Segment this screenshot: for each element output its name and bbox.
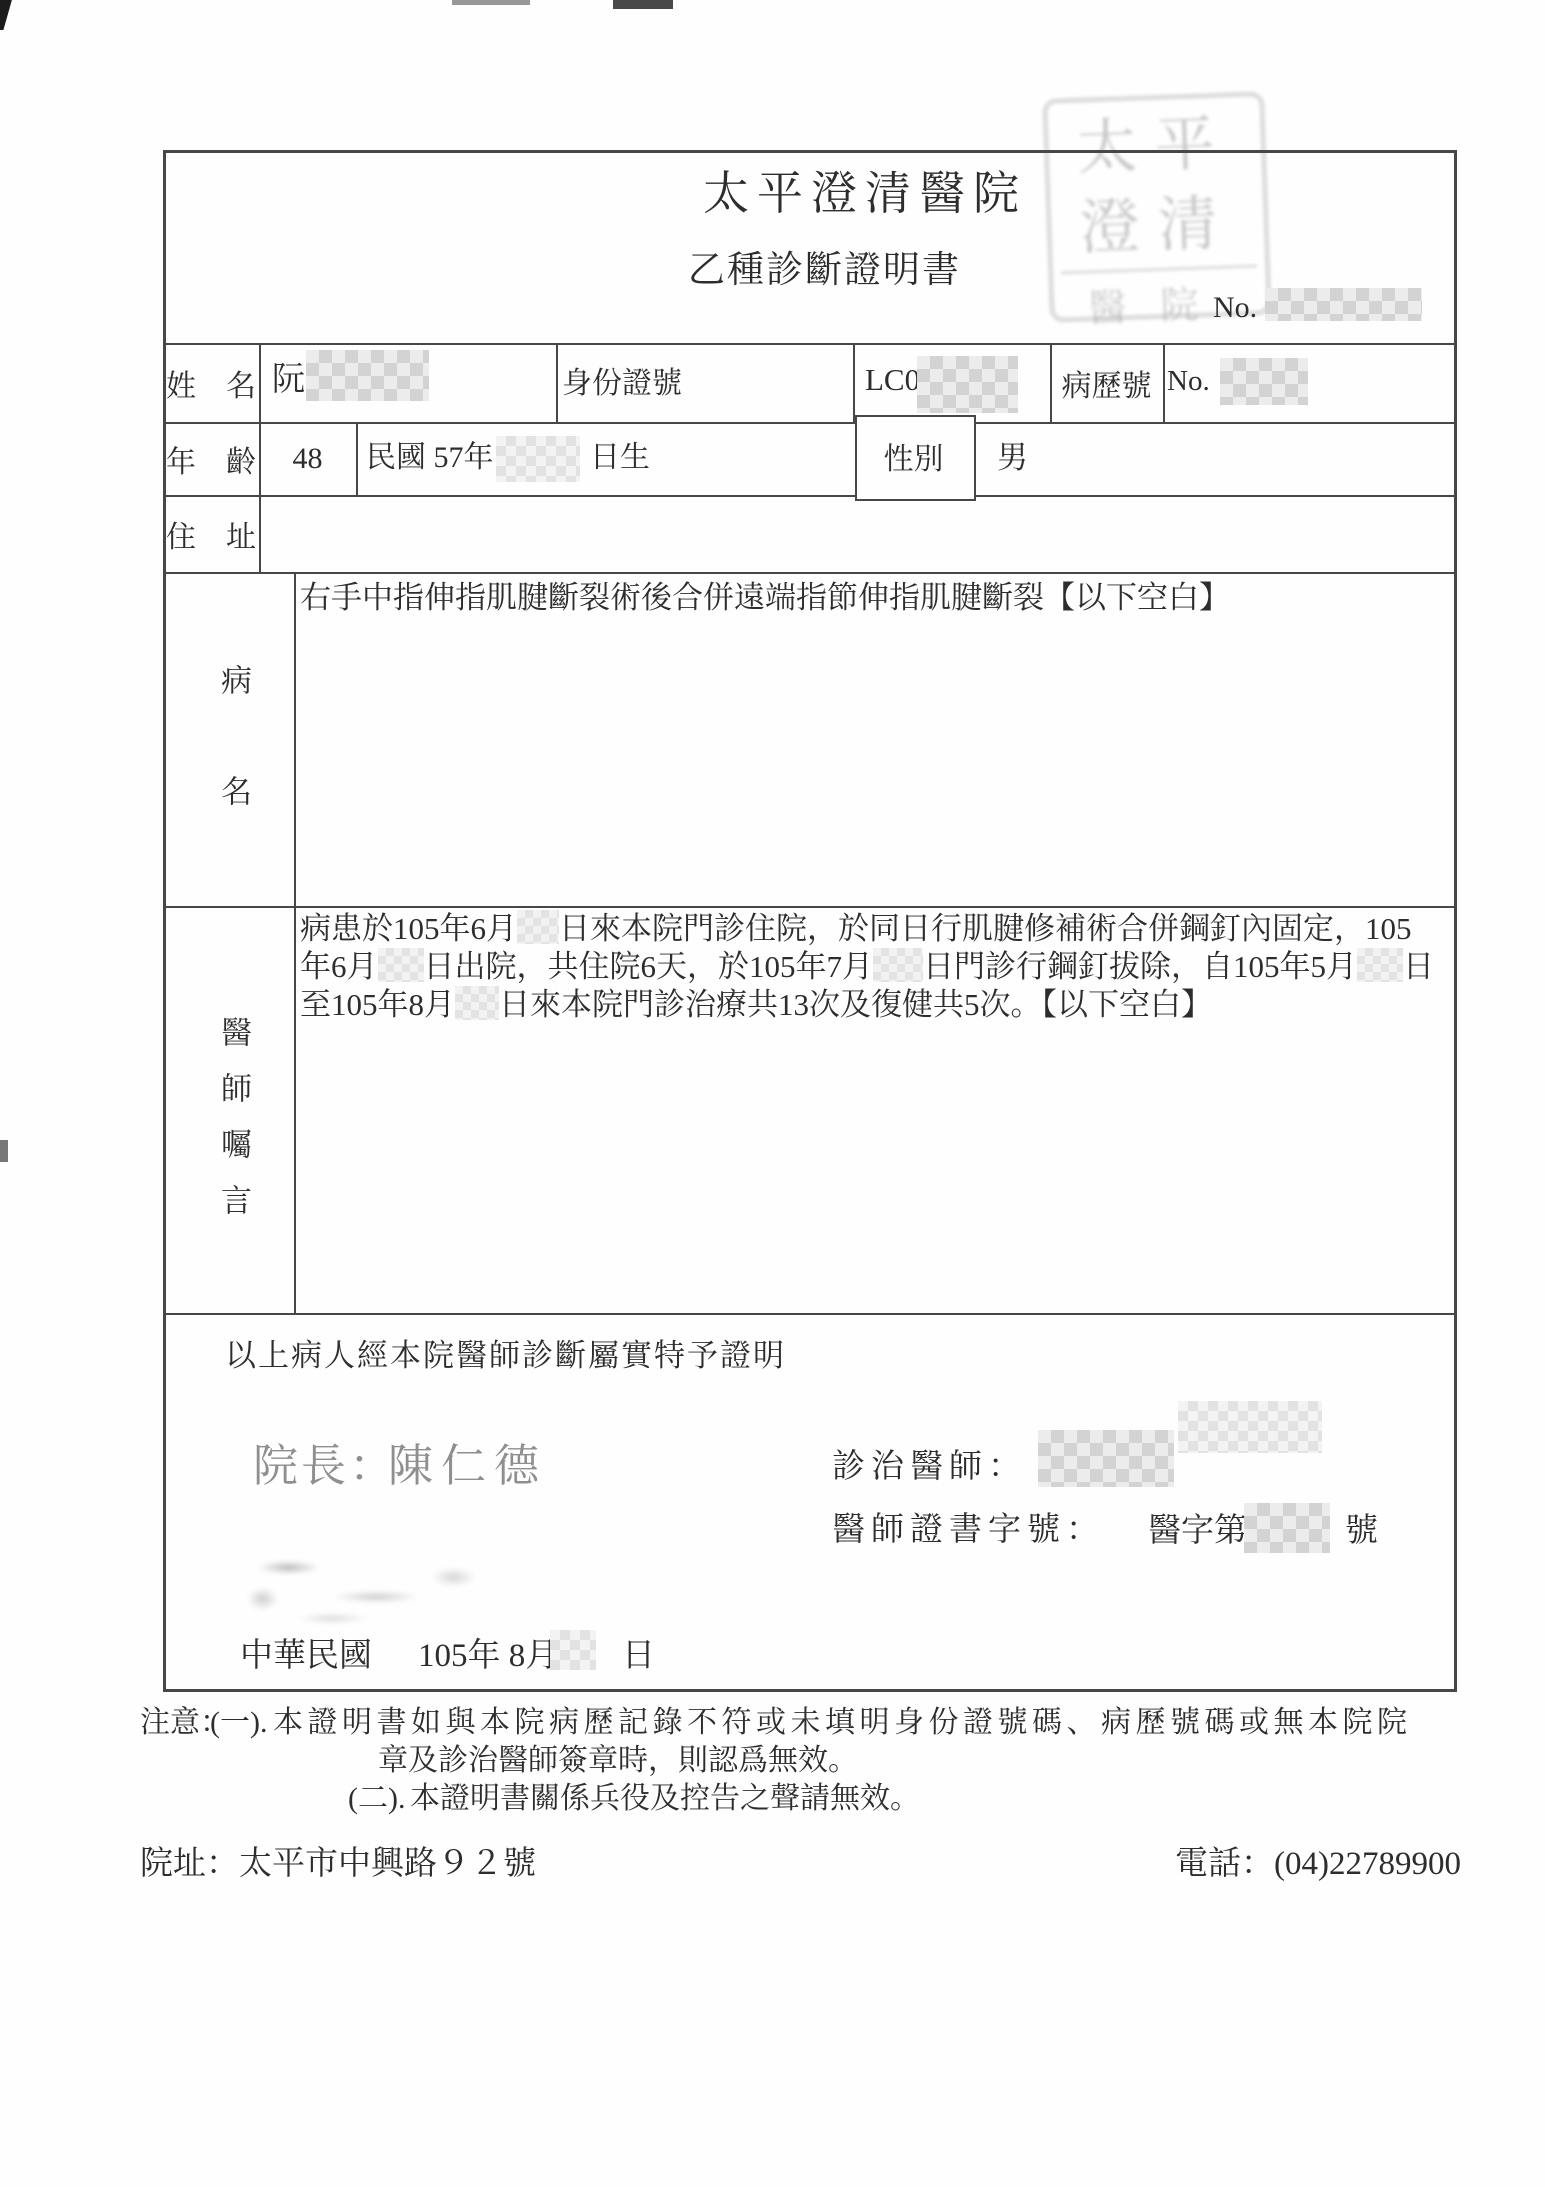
cell-divider: [259, 343, 261, 422]
physician-name-redacted: [1038, 1430, 1174, 1487]
gender-label: 性別: [855, 415, 972, 497]
diagnosis-label: 病名: [211, 664, 256, 886]
scan-artifact-streak: [452, 0, 530, 5]
age-value: 48: [259, 422, 356, 495]
hospital-phone: 電話：(04)22789900: [1175, 1846, 1461, 1884]
table-border-right: [1454, 150, 1457, 1692]
director-signature-stamp: [242, 1540, 500, 1638]
serial-no-redacted: [1265, 288, 1422, 321]
scan-artifact-edge: [0, 1140, 8, 1162]
age-label: 年 齡: [163, 422, 259, 495]
name-redacted: [306, 350, 429, 401]
remarks-line-3: 至105年8月日來本院門診治療共13次及復健共5次。【以下空白】: [300, 986, 1212, 1023]
record-number-label: 病歷號: [1050, 343, 1163, 422]
id-number-value: LC0: [865, 362, 920, 398]
birthdate-redacted: [496, 436, 580, 482]
remarks-text: 至105年8月: [300, 987, 455, 1022]
row-divider: [163, 572, 1457, 574]
cell-divider: [294, 906, 296, 1313]
name-value: 阮: [272, 362, 305, 400]
scan-artifact-corner: [0, 0, 17, 30]
license-label: 醫師證書字號：: [832, 1512, 1105, 1550]
table-border-bottom: [163, 1689, 1457, 1692]
physician-label: 診治醫師：: [832, 1449, 1027, 1487]
remarks-text: 日出院，共住院6天，於105年7月: [424, 949, 874, 984]
cell-divider: [556, 343, 558, 422]
note2-number: (二).: [348, 1782, 405, 1817]
cell-divider: [853, 343, 855, 422]
record-number-redacted: [1220, 358, 1308, 405]
redacted-date: [455, 986, 499, 1020]
scan-artifact-streak2: [613, 0, 673, 9]
license-suffix: 號: [1345, 1513, 1378, 1551]
address-label: 住 址: [163, 495, 259, 572]
birthdate-suffix: 日生: [590, 441, 650, 476]
id-number-label: 身份證號: [562, 367, 682, 402]
note1-line1: 本證明書如與本院病歷記錄不符或未填明身份證號碼、病歷號碼或無本院院: [273, 1706, 1412, 1741]
physician-name-redacted-2: [1178, 1401, 1322, 1453]
redacted-date: [517, 910, 559, 944]
cell-divider: [1163, 343, 1165, 422]
hospital-address: 院址：太平市中興路９２號: [140, 1846, 536, 1884]
remarks-line-1: 病患於105年6月日來本院門診住院，於同日行肌腱修補術合併鋼釘內固定，105: [300, 910, 1412, 947]
remarks-text: 日來本院門診治療共13次及復健共5次。【以下空白】: [499, 987, 1212, 1022]
director-label: 院長：: [253, 1441, 397, 1493]
cell-divider: [356, 422, 358, 495]
remarks-text: 病患於105年6月: [300, 911, 517, 946]
hospital-seal-text: 太平澄清: [1069, 103, 1244, 269]
redacted-date: [873, 948, 923, 982]
certification-statement: 以上病人經本院醫師診斷屬實特予證明: [225, 1338, 786, 1374]
row-divider: [163, 906, 1457, 908]
note2-text: 本證明書關係兵役及控告之聲請無效。: [410, 1782, 920, 1817]
birthdate-prefix: 民國 57年: [366, 441, 494, 476]
row-divider: [163, 343, 1457, 345]
note1-number: (一).: [210, 1706, 267, 1741]
record-number-prefix: No.: [1167, 365, 1210, 398]
name-label: 姓 名: [163, 343, 259, 422]
remarks-text: 日門診行鋼釘拔除，自105年5月: [923, 949, 1357, 984]
id-number-redacted: [917, 356, 1018, 413]
hospital-name: 太平澄清醫院: [703, 168, 1027, 221]
redacted-date: [378, 948, 424, 982]
serial-no-label: No.: [1213, 291, 1257, 326]
remarks-text: 年6月: [300, 949, 378, 984]
row-divider: [163, 495, 1457, 497]
scanned-certificate-page: 太平澄清 醫院 太平澄清醫院 乙種診斷證明書 No. 姓 名 阮 身份證號 LC…: [0, 0, 1545, 2187]
hospital-seal-stamp: 太平澄清 醫院: [1042, 91, 1272, 323]
redacted-date: [1357, 948, 1403, 982]
row-divider: [163, 1313, 1457, 1315]
remarks-line-2: 年6月日出院，共住院6天，於105年7月日門診行鋼釘拔除，自105年5月日: [300, 948, 1434, 985]
certificate-title: 乙種診斷證明書: [688, 250, 961, 293]
remarks-text: 日來本院門診住院，於同日行肌腱修補術合併鋼釘內固定，105: [559, 911, 1412, 946]
date-day-redacted: [550, 1630, 596, 1670]
director-name: 陳仁德: [388, 1441, 547, 1493]
cell-divider: [259, 495, 261, 572]
cell-divider: [294, 572, 296, 906]
date-era: 中華民國: [240, 1638, 372, 1676]
note1-line2: 章及診治醫師簽章時，則認爲無效。: [378, 1744, 858, 1779]
gender-value: 男: [997, 440, 1028, 476]
remarks-label: 醫師囑言: [211, 1016, 256, 1240]
date-year-month: 105年 8月: [418, 1638, 558, 1676]
table-border-top: [163, 150, 1457, 153]
license-prefix: 醫字第: [1148, 1513, 1247, 1551]
remarks-text: 日: [1403, 949, 1434, 984]
date-day-suffix: 日: [622, 1638, 655, 1676]
diagnosis-text: 右手中指伸指肌腱斷裂術後合併遠端指節伸指肌腱斷裂【以下空白】: [300, 580, 1230, 616]
license-number-redacted: [1244, 1503, 1330, 1553]
